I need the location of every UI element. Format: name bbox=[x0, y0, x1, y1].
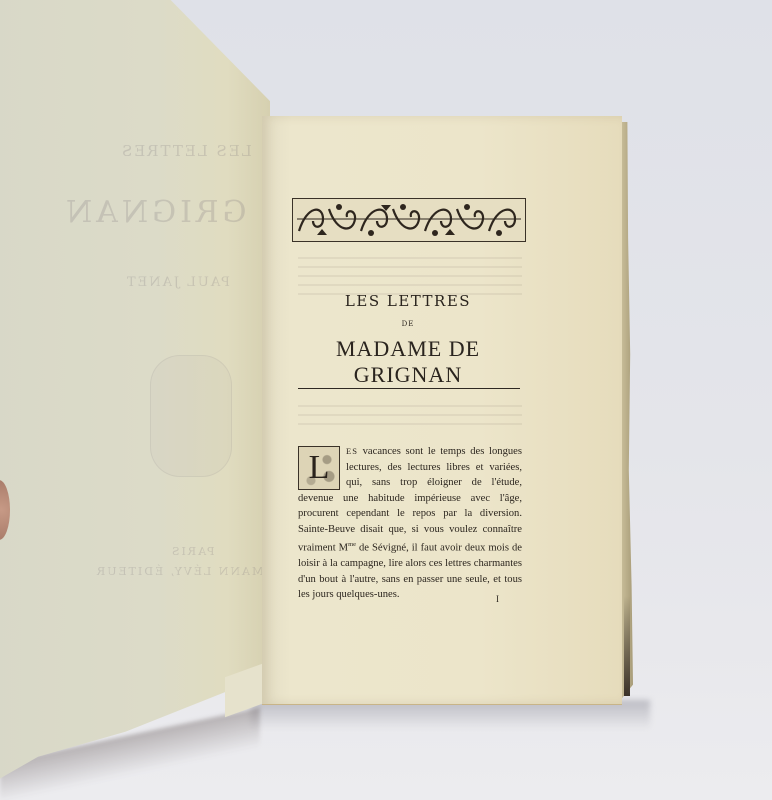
bleed-through-text: LES LETTRES bbox=[120, 142, 252, 160]
bleed-through-text: PAUL JANET bbox=[125, 275, 230, 290]
opening-paragraph: LES vacances sont le temps des longues l… bbox=[298, 444, 522, 603]
right-page: LES LETTRES DE MADAME DE GRIGNAN LES vac… bbox=[262, 116, 622, 705]
title-rule bbox=[298, 388, 520, 389]
first-word-rest: ES bbox=[346, 446, 358, 456]
right-page-block: LES LETTRES DE MADAME DE GRIGNAN LES vac… bbox=[262, 116, 630, 708]
title-line-2: DE bbox=[292, 320, 524, 328]
bleed-through-vignette bbox=[150, 355, 232, 477]
cover-edge bbox=[624, 596, 630, 696]
ornamental-headpiece-icon bbox=[292, 198, 526, 242]
abbrev-superscript: me bbox=[348, 541, 356, 548]
drop-cap: L bbox=[298, 446, 340, 490]
chapter-title: LES LETTRES DE MADAME DE GRIGNAN bbox=[292, 292, 524, 388]
page-number: I bbox=[496, 594, 499, 604]
bleed-through-lines bbox=[298, 398, 522, 432]
title-line-1: LES LETTRES bbox=[292, 292, 524, 310]
bleed-through-text: PARIS bbox=[170, 545, 215, 558]
title-line-3: MADAME DE GRIGNAN bbox=[292, 336, 524, 388]
